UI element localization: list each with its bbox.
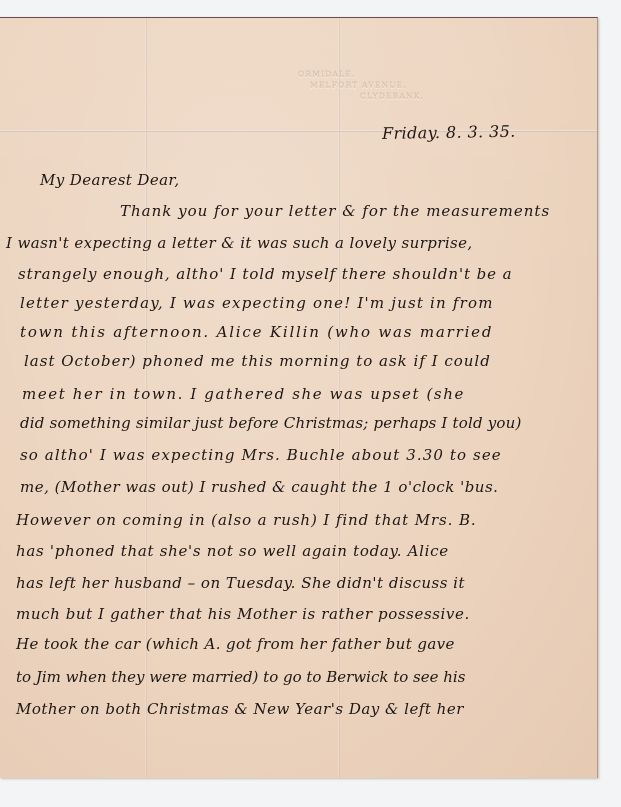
- letterhead-line-3: CLYDEBANK.: [360, 92, 424, 101]
- body-line-11: However on coming in (also a rush) I fin…: [16, 511, 477, 529]
- body-line-16: to Jim when they were married) to go to …: [16, 668, 465, 686]
- letterhead-line-1: ORMIDALE.: [298, 70, 356, 79]
- letterhead-line-2: MELFORT AVENUE,: [310, 81, 407, 90]
- body-line-4: letter yesterday, I was expecting one! I…: [20, 294, 494, 312]
- body-line-6: last October) phoned me this morning to …: [24, 352, 491, 370]
- body-line-3: strangely enough, altho' I told myself t…: [18, 265, 512, 283]
- body-line-5: town this afternoon. Alice Killin (who w…: [20, 323, 493, 341]
- body-line-14: much but I gather that his Mother is rat…: [16, 605, 470, 623]
- body-line-8: did something similar just before Christ…: [20, 414, 522, 432]
- body-line-17: Mother on both Christmas & New Year's Da…: [16, 700, 464, 718]
- letter-date: Friday. 8. 3. 35.: [382, 122, 516, 143]
- letter-page: ORMIDALE. MELFORT AVENUE, CLYDEBANK. Fri…: [0, 17, 598, 778]
- body-line-1: Thank you for your letter & for the meas…: [120, 202, 595, 220]
- body-line-15: He took the car (which A. got from her f…: [16, 635, 455, 653]
- body-line-2: I wasn't expecting a letter & it was suc…: [6, 234, 473, 252]
- body-line-12: has 'phoned that she's not so well again…: [16, 542, 449, 560]
- body-line-9: so altho' I was expecting Mrs. Buchle ab…: [20, 446, 502, 464]
- salutation: My Dearest Dear,: [40, 171, 180, 189]
- body-line-13: has left her husband – on Tuesday. She d…: [16, 574, 465, 592]
- body-line-7: meet her in town. I gathered she was ups…: [22, 385, 465, 403]
- body-line-10: me, (Mother was out) I rushed & caught t…: [20, 478, 498, 496]
